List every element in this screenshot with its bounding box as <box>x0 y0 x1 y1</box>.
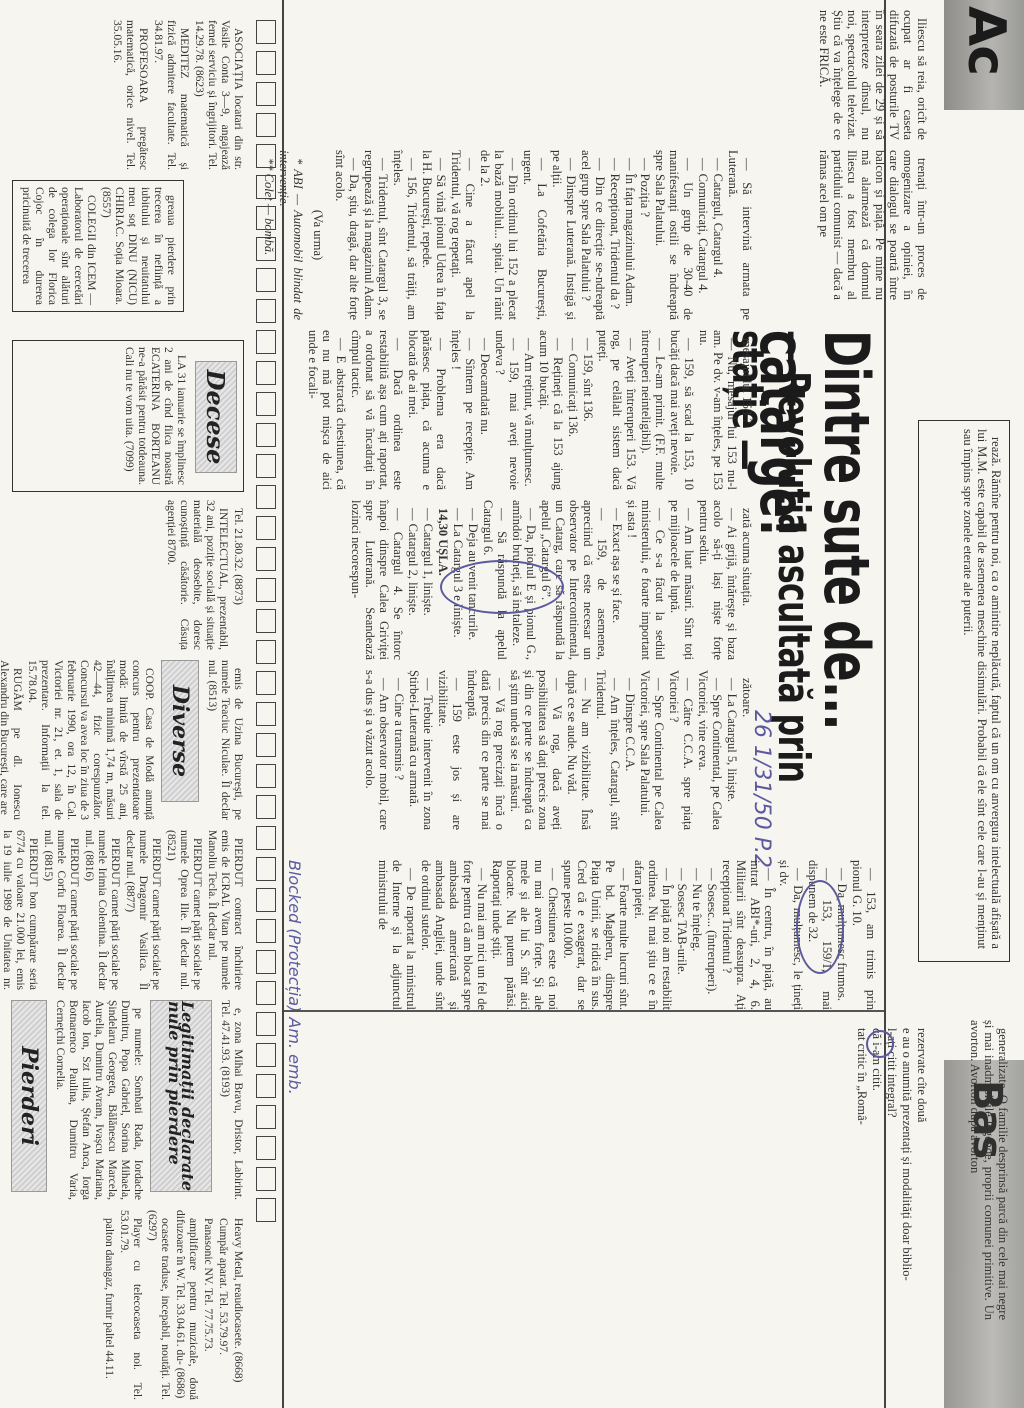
fragment-line: rezervate cîte două <box>915 1020 929 1400</box>
fragment-paragraph: trenați într-un proces de omogenizare a … <box>817 150 929 300</box>
fragment-top-left: Iliescu să reia, oricît de ocupat ar fi … <box>816 10 929 140</box>
continued-label: (Va urma) <box>311 150 325 320</box>
diverse-heading: Diverse <box>161 660 199 802</box>
annotation-circle-usla <box>440 560 564 614</box>
fragment-mid: generalizate. O familie desprinsă parcă … <box>967 1020 1010 1320</box>
pierderi-heading: Pierderi <box>11 1000 47 1192</box>
fragment-paragraph: generalizate. O familie desprinsă parcă … <box>968 1020 1010 1320</box>
fragment-line: l-ați citit integral? <box>885 1020 899 1400</box>
classified-column-a: ASOCIAȚIA locatari din str. Vasile Conta… <box>108 20 244 170</box>
fragment-paragraph: Iliescu să reia, oricît de ocupat ar fi … <box>817 10 929 140</box>
annotation-circle-abi <box>796 880 844 974</box>
annotation-circle-number <box>866 1030 894 1058</box>
newspaper-sheet: Ac Bas Iliescu să reia, oricît de ocupat… <box>0 0 1024 1408</box>
classified-column-d: PIERDUT contract închiriere emis de ICRA… <box>0 830 244 990</box>
article-column-6: — Să intervină armata pe Luterană.— Cata… <box>261 150 754 320</box>
column-rule <box>284 1010 884 1012</box>
article-column-3: mesajul lui 153 ?— Nu, mesajul lui 153 n… <box>305 330 754 490</box>
classifieds-divider <box>282 0 284 1408</box>
masthead-fragment-left: Ac <box>956 6 1016 75</box>
decese-box: Decese LA 31 ianuarie se împlinesc 2 ani… <box>12 340 244 492</box>
classified-column-c: emis de Uzina București, pe numele Teaci… <box>0 660 244 820</box>
handwritten-margin-note: Blocked (Protecția) Am. emb. <box>285 860 304 1095</box>
decese-heading: Decese <box>195 361 237 473</box>
obituary-box: greaua pierdere prin trecerea în neființ… <box>12 180 184 312</box>
legitimatii-heading: Legitimații declarate nule prin pierdere <box>150 1000 212 1192</box>
boxed-commentary: rează. Rămîne pentru noi, ca o amintire … <box>918 420 1010 962</box>
classified-column-b: Tel. 21.80.32. (8873) INTELECTUAL, preze… <box>162 500 244 650</box>
classified-column-f: Heavy Metal, reaudiocasete. (8668) Cumpă… <box>100 1210 244 1400</box>
article-column-2 <box>318 1020 878 1170</box>
boxed-paragraph: rează. Rămîne pentru noi, ca o amintire … <box>961 429 1003 949</box>
divider-rule <box>884 0 886 1408</box>
decorative-border-squares <box>256 20 276 1222</box>
masthead-strip-left: Ac <box>944 0 1024 110</box>
fragment-top-2: trenați într-un proces de omogenizare a … <box>816 150 929 300</box>
fragment-line: e au o anumită prezentați și modalități … <box>900 1020 914 1400</box>
classified-column-e: e, zona Mihai Bravu, Dristor, Labirint. … <box>5 1000 244 1200</box>
article-column-5: zătoare.— La Catargul 5, liniște.— Spre … <box>362 670 754 830</box>
